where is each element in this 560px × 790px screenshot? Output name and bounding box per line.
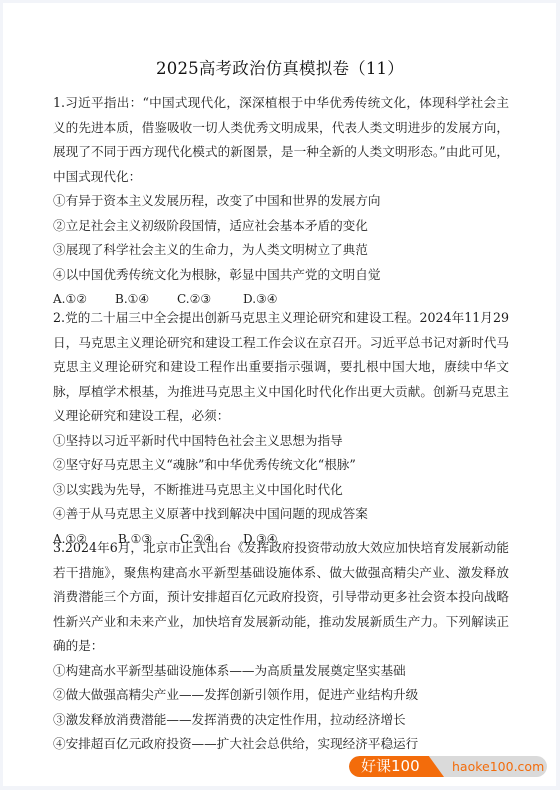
question-stem: 1.习近平指出：“中国式现代化，深深植根于中华优秀传统文化，体现科学社会主义的先… <box>53 91 509 189</box>
watermark-badge: 好课100 haoke100.com <box>349 756 547 777</box>
watermark-url: haoke100.com <box>452 756 544 777</box>
statement-4: ④善于从马克思主义原著中找到解决中国问题的现成答案 <box>53 502 509 527</box>
statement-1: ①构建高水平新型基础设施体系——为高质量发展奠定坚实基础 <box>53 659 509 684</box>
page-title: 2025高考政治仿真模拟卷（11） <box>0 58 560 80</box>
watermark-brand: 好课100 <box>361 756 420 777</box>
question-stem: 3.2024年6月，北京市正式出台《发挥政府投资带动放大效应加快培育发展新动能若… <box>53 536 509 659</box>
statement-4: ④安排超百亿元政府投资——扩大社会总供给，实现经济平稳运行 <box>53 732 509 757</box>
statement-3: ③以实践为先导，不断推进马克思主义中国化时代化 <box>53 478 509 503</box>
statement-2: ②立足社会主义初级阶段国情，适应社会基本矛盾的变化 <box>53 214 509 239</box>
statement-2: ②做大做强高精尖产业——发挥创新引领作用，促进产业结构升级 <box>53 683 509 708</box>
question-stem: 2.党的二十届三中全会提出创新马克思主义理论研究和建设工程。2024年11月29… <box>53 306 509 429</box>
statement-2: ②坚守好马克思主义“魂脉”和中华优秀传统文化“根脉” <box>53 453 509 478</box>
statement-1: ①有异于资本主义发展历程，改变了中国和世界的发展方向 <box>53 189 509 214</box>
question-3: 3.2024年6月，北京市正式出台《发挥政府投资带动放大效应加快培育发展新动能若… <box>53 536 509 757</box>
statement-3: ③激发释放消费潜能——发挥消费的决定性作用，拉动经济增长 <box>53 708 509 733</box>
statement-4: ④以中国优秀传统文化为根脉，彰显中国共产党的文明自觉 <box>53 263 509 288</box>
statement-1: ①坚持以习近平新时代中国特色社会主义思想为指导 <box>53 429 509 454</box>
statement-3: ③展现了科学社会主义的生命力，为人类文明树立了典范 <box>53 238 509 263</box>
question-1: 1.习近平指出：“中国式现代化，深深植根于中华优秀传统文化，体现科学社会主义的先… <box>53 91 509 312</box>
question-2: 2.党的二十届三中全会提出创新马克思主义理论研究和建设工程。2024年11月29… <box>53 306 509 551</box>
